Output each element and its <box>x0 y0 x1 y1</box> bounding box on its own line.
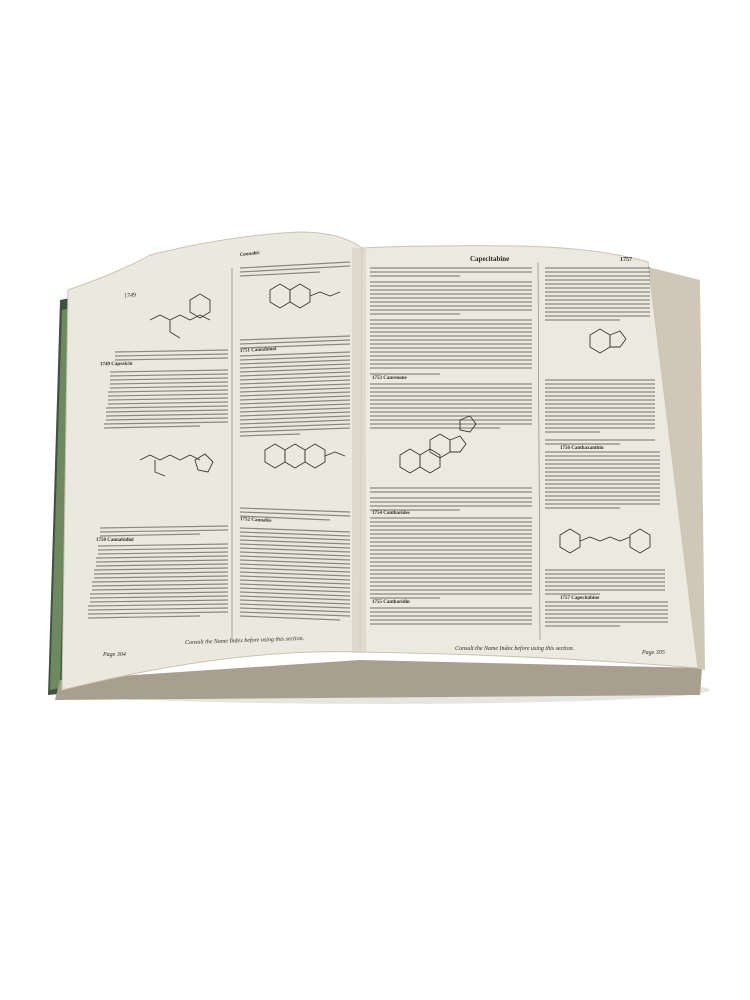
right-running-header: Capecitabine <box>470 255 509 263</box>
entry-number: 1756 <box>560 446 570 451</box>
entry-number: 1750 <box>96 538 106 543</box>
open-book-illustration <box>0 0 750 1000</box>
entry-name: Capsaicin <box>111 362 132 367</box>
entry-number: 1754 <box>372 511 382 516</box>
entry-number: 1753 <box>372 376 382 381</box>
right-page-footer: Consult the Name Index before using this… <box>455 646 574 652</box>
entry-number: 1751 <box>240 348 250 354</box>
entry-name: Cannabis <box>251 518 272 524</box>
entry-number: 1755 <box>372 600 382 605</box>
left-page-number-top: 1749 <box>124 293 136 300</box>
entry-1754: 1754 Cantharides <box>372 511 410 516</box>
entry-1753: 1753 Canrenone <box>372 376 407 381</box>
entry-name: Cantharidin <box>383 600 409 605</box>
book-photo: 1749 Cannabis Capecitabine 1757 1749 Cap… <box>0 0 750 1000</box>
entry-name: Capecitabine <box>571 596 599 601</box>
entry-number: 1749 <box>100 362 110 367</box>
entry-number: 1757 <box>560 596 570 601</box>
entry-name: Canthaxanthin <box>571 446 603 451</box>
entry-name: Canrenone <box>383 376 407 381</box>
entry-1750: 1750 Cannabidiol <box>96 538 134 543</box>
entry-1755: 1755 Cantharidin <box>372 600 410 605</box>
right-page-label: Page 305 <box>642 650 665 656</box>
entry-1749: 1749 Capsaicin <box>100 362 132 368</box>
entry-name: Cantharides <box>383 511 409 516</box>
left-page-label: Page 304 <box>103 652 126 658</box>
right-page-number-top: 1757 <box>620 257 632 263</box>
entry-1757: 1757 Capecitabine <box>560 596 599 601</box>
entry-number: 1752 <box>240 517 250 523</box>
entry-1756: 1756 Canthaxanthin <box>560 446 603 451</box>
entry-name: Cannabidiol <box>107 538 133 543</box>
